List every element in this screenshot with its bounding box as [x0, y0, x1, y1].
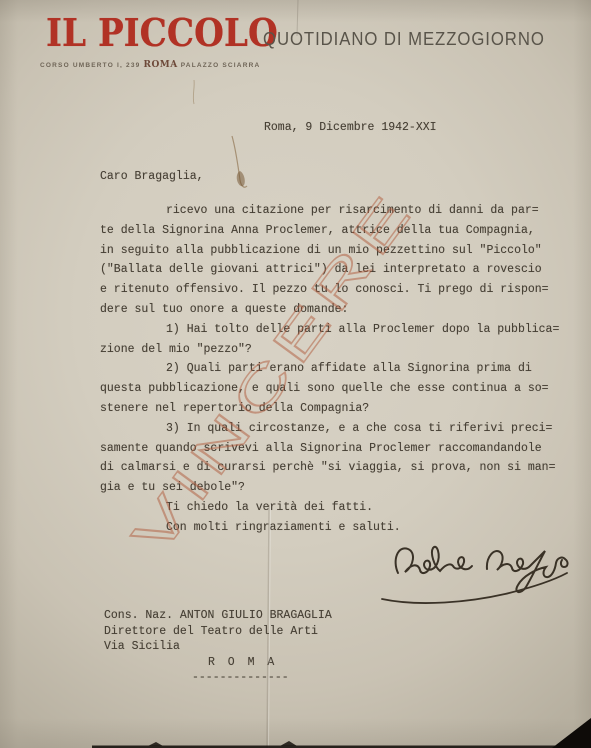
letter-body-line: samente quando scrivevi alla Signorina P… — [100, 439, 554, 459]
scanned-letter-page: IL PICCOLO QUOTIDIANO DI MEZZOGIORNO COR… — [0, 0, 591, 748]
recipient-name: Cons. Naz. ANTON GIULIO BRAGAGLIA — [104, 608, 332, 624]
stain-small — [193, 80, 194, 104]
letter-body-line: questa pubblicazione, e quali sono quell… — [100, 379, 554, 399]
masthead-address-street: CORSO UMBERTO I, 239 — [40, 62, 140, 69]
letter-body-line: 1) Hai tolto delle parti alla Proclemer … — [100, 320, 554, 340]
recipient-role: Direttore del Teatro delle Arti — [104, 624, 332, 640]
letter-body-line: zione del mio "pezzo"? — [100, 340, 554, 360]
letter-body-line: gia e tu sei debole"? — [100, 478, 554, 498]
signature-underline-flourish — [382, 573, 567, 603]
recipient-address-block: Cons. Naz. ANTON GIULIO BRAGAGLIA Dirett… — [104, 608, 332, 686]
stain-blob — [237, 171, 245, 186]
recipient-street: Via Sicilia — [104, 639, 332, 655]
signature-last-name-stroke — [487, 551, 568, 592]
photo-edge-corner-wedge — [552, 718, 591, 748]
letter-body-line: Ti chiedo la verità dei fatti. — [100, 498, 554, 518]
letter-body: ricevo una citazione per risarcimento di… — [100, 201, 554, 538]
letter-body-line: Con molti ringraziamenti e saluti. — [100, 518, 554, 538]
recipient-underline: -------------- — [104, 670, 332, 686]
letter-body-line: dere sul tuo onore a queste domande: — [100, 300, 554, 320]
letter-body-line: 3) In quali circostanze, e a che cosa ti… — [100, 419, 554, 439]
signature-first-name-stroke — [396, 547, 472, 573]
letter-body-line: in seguito alla pubblicazione di un mio … — [100, 241, 554, 261]
letter-body-line: te della Signorina Anna Proclemer, attri… — [100, 221, 554, 241]
photo-edge-bump-left — [148, 742, 163, 746]
masthead-address-building: PALAZZO SCIARRA — [181, 62, 261, 69]
stain-curved — [232, 136, 247, 187]
masthead-address-city: ROMA — [143, 60, 177, 70]
newspaper-masthead-title: IL PICCOLO — [46, 14, 278, 52]
masthead-address-line: CORSO UMBERTO I, 239 ROMA PALAZZO SCIARR… — [40, 60, 260, 70]
letter-body-line: ricevo una citazione per risarcimento di… — [100, 201, 554, 221]
newspaper-masthead-subtitle: QUOTIDIANO DI MEZZOGIORNO — [263, 29, 545, 49]
photo-edge-bump-mid — [280, 741, 297, 746]
letter-body-line: di calmarsi e di curarsi perchè "si viag… — [100, 458, 554, 478]
letter-body-line: 2) Quali parti erano affidate alla Signo… — [100, 359, 554, 379]
letter-dateline: Roma, 9 Dicembre 1942-XXI — [264, 121, 437, 134]
letter-body-line: e ritenuto offensivo. Il pezzo tu lo con… — [100, 280, 554, 300]
letter-salutation: Caro Bragaglia, — [100, 170, 204, 183]
letter-body-line: stenere nel repertorio della Compagnia? — [100, 399, 554, 419]
recipient-city: R O M A — [104, 655, 332, 671]
letter-body-line: ("Ballata delle giovani attrici") da lei… — [100, 260, 554, 280]
